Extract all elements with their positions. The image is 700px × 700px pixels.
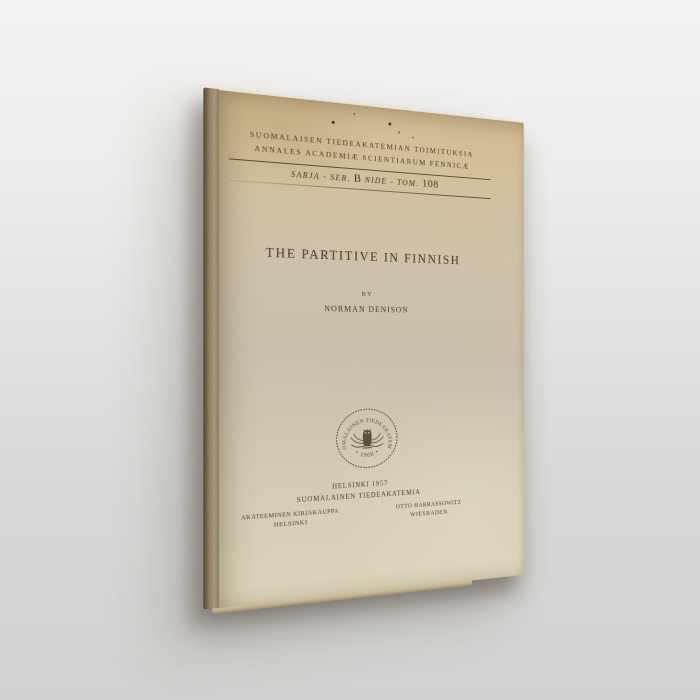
front-cover: SUOMALAISEN TIEDEAKATEMIAN TOIMITUKSIA A… — [219, 89, 524, 608]
book-spine — [203, 87, 219, 609]
byline: BY — [226, 287, 493, 300]
distributor-right: OTTO HARRASSOWITZ WIESBADEN — [396, 500, 462, 519]
distributor-left: AKATEEMINEN KIRJAKAUPPA HELSINKI — [241, 509, 339, 531]
seal-ring-text: SUOMALAINEN TIEDEAKATEMIA — [334, 405, 393, 452]
series-prefix: SARJA - SER. — [291, 170, 351, 184]
seal-container: SUOMALAINEN TIEDEAKATEMIA • 1908 • — [226, 403, 493, 483]
owl-emblem-icon — [351, 428, 383, 448]
series-number: 108 — [422, 178, 439, 191]
seal-year-text: • 1908 • — [354, 448, 381, 460]
foxing-speck — [388, 122, 391, 125]
foxing-speck — [332, 121, 335, 124]
foxing-speck — [412, 137, 414, 139]
book-title: THE PARTITIVE IN FINNISH — [226, 243, 493, 269]
academy-seal-icon: SUOMALAINEN TIEDEAKATEMIA • 1908 • — [334, 405, 400, 472]
photo-background: SUOMALAISEN TIEDEAKATEMIAN TOIMITUKSIA A… — [0, 0, 700, 700]
book-cover: SUOMALAISEN TIEDEAKATEMIAN TOIMITUKSIA A… — [203, 87, 523, 609]
foxing-speck — [354, 113, 356, 115]
author-name: NORMAN DENISON — [226, 302, 493, 316]
series-mid: NIDE - TOM. — [365, 175, 419, 188]
svg-text:SUOMALAINEN TIEDEAKATEMIA: SUOMALAINEN TIEDEAKATEMIA — [334, 405, 393, 452]
foxing-speck — [398, 131, 400, 133]
series-header: SUOMALAISEN TIEDEAKATEMIAN TOIMITUKSIA A… — [226, 127, 493, 199]
svg-text:• 1908 •: • 1908 • — [354, 448, 381, 460]
series-letter: B — [354, 172, 362, 185]
